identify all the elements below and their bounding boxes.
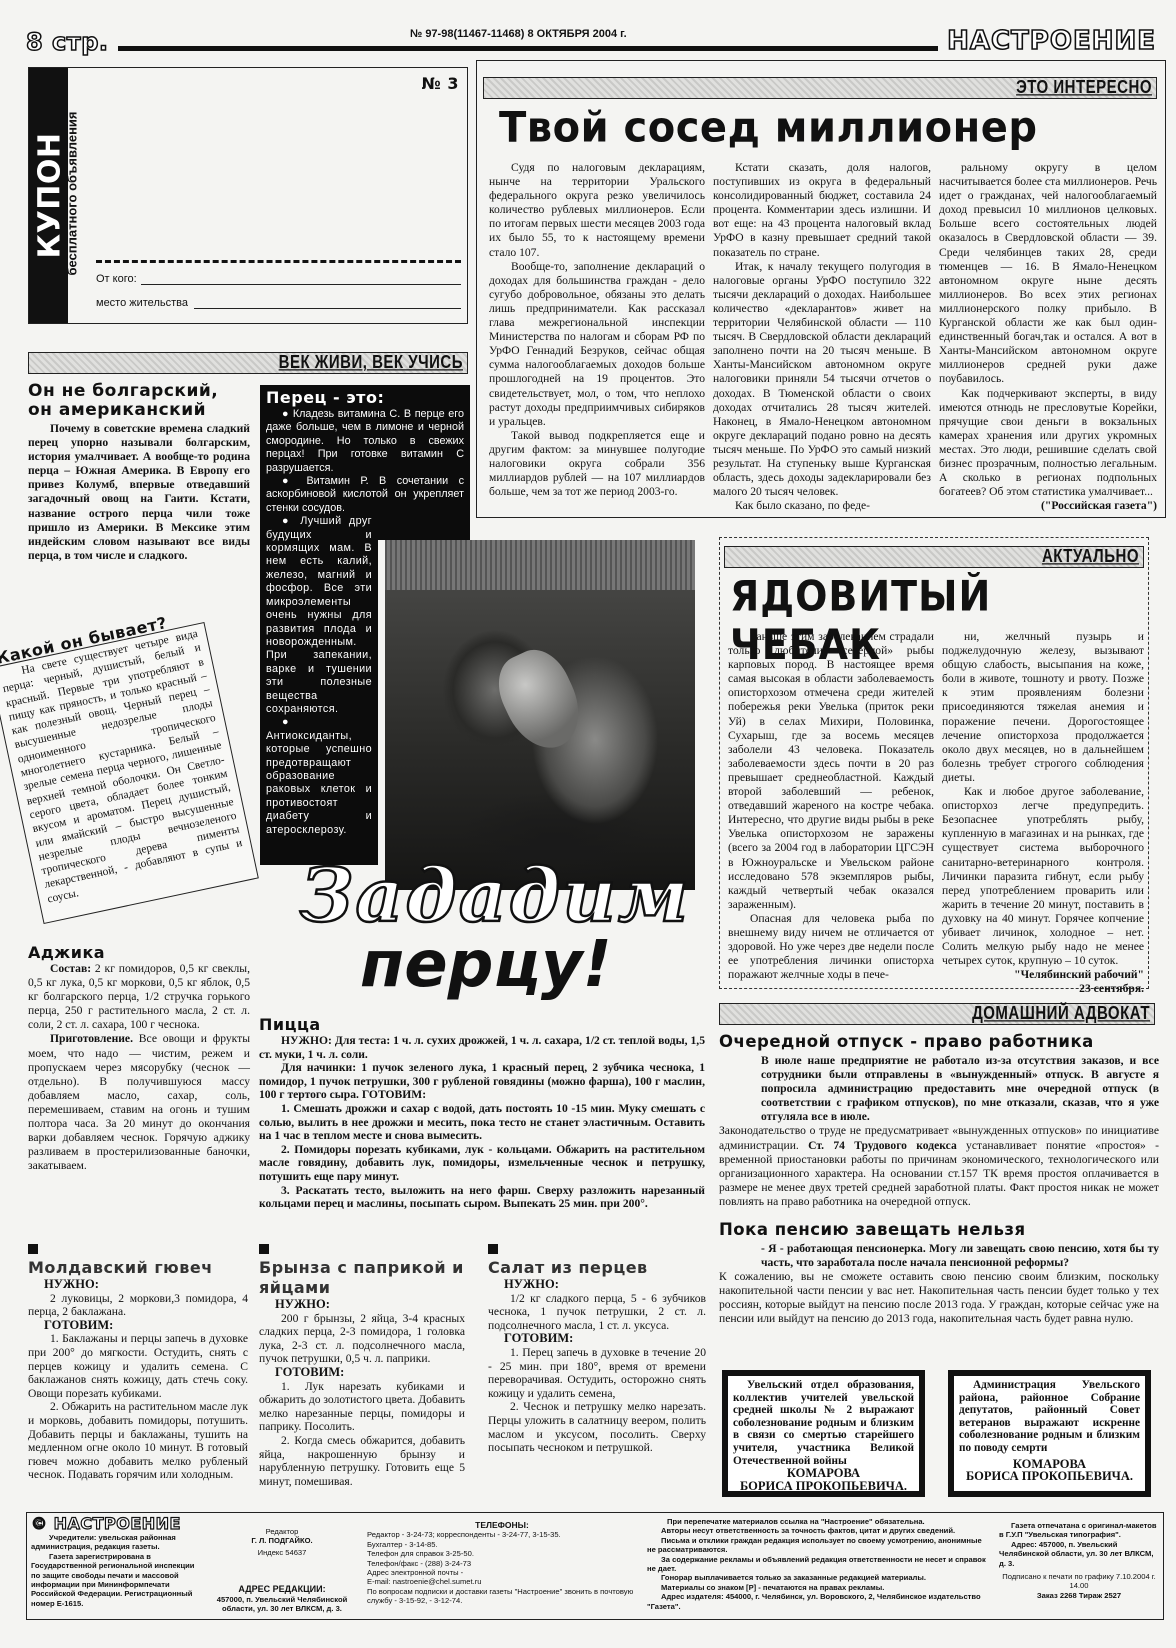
q2-question: - Я - работающая пенсионерка. Могу ли за…	[719, 1242, 1159, 1270]
q1-title: Очередной отпуск - право работника	[719, 1032, 1159, 1052]
page-number: 8 стр.	[26, 28, 109, 56]
chebak-col-2: ни, желчный пузырь и поджелудочную желез…	[942, 630, 1144, 996]
brynza-title: Брынза с паприкой и яйцами	[259, 1258, 465, 1298]
residence-label: место жительства	[96, 297, 188, 309]
origin-title: Он не болгарский, он американский	[28, 382, 250, 420]
article-title: Твой сосед миллионер	[499, 104, 1038, 152]
imprint-col-notes: При перепечатке материалов ссылка на "На…	[647, 1517, 987, 1611]
headline-line-1: Зададим	[300, 860, 700, 932]
lawyer-q1: Очередной отпуск - право работника В июл…	[719, 1032, 1159, 1209]
article-col-2: Кстати сказать, доля налогов, поступивши…	[713, 161, 931, 513]
article-source: ("Российская газета")	[939, 499, 1157, 513]
imprint-col-phones: ТЕЛЕФОНЫ: Редактор - 3-24-73; корреспонд…	[367, 1521, 637, 1606]
paper-name: НАСТРОЕНИЕ	[947, 26, 1156, 56]
box-what-kind: Какой он бывает? На свете существует чет…	[0, 622, 259, 924]
fact-item: ● Витамин Р. В сочетании с аскорбиновой …	[266, 475, 464, 515]
chebak-source: "Челябинский рабочий" 23 сентября.	[942, 968, 1144, 996]
chebak-col-1: Раньше этим заболеванием страдали только…	[728, 630, 934, 982]
coupon-cut-line	[96, 260, 461, 263]
q1-question: В июле наше предприятие не работало из-з…	[719, 1054, 1159, 1124]
imprint: © НАСТРОЕНИЕ Учредители: увельская район…	[26, 1512, 1164, 1620]
rubric-interesting: ЭТО ИНТЕРЕСНО	[483, 77, 1157, 99]
coupon-subtitle: бесплатного объявления	[65, 99, 80, 289]
article-col-3: ральному округу в целом насчитывается бо…	[939, 161, 1157, 513]
obituary-1: Увельский отдел образования, коллектив у…	[722, 1370, 925, 1497]
article-col-1: Судя по налоговым декларациям, нынче на …	[489, 161, 705, 499]
issue-info: № 97-98(11467-11468) 8 ОКТЯБРЯ 2004 г.	[406, 28, 631, 40]
headline-line-2: перцу!	[360, 932, 700, 998]
q2-answer: К сожалению, вы не сможете оставить свою…	[719, 1270, 1159, 1326]
recipe-brynza: Брынза с паприкой и яйцами НУЖНО: 200 г …	[259, 1244, 465, 1488]
fact-item: ● Антиоксиданты, которые успешно предотв…	[266, 716, 372, 837]
coupon-title: КУПОН	[33, 131, 68, 261]
imprint-col-editor: Редактор Г. Л. ПОДГАЙКО. Индекс 54637 АД…	[207, 1527, 357, 1613]
rubric-live-learn: ВЕК ЖИВИ, ВЕК УЧИСЬ	[28, 352, 468, 374]
from-label: От кого:	[96, 273, 137, 285]
from-field[interactable]: От кого:	[96, 273, 461, 285]
what-kind-text: На свете существует четыре вида перца: ч…	[0, 627, 247, 907]
lawyer-q2: Пока пенсию завещать нельзя - Я - работа…	[719, 1220, 1159, 1327]
residence-field[interactable]: место жительства	[96, 297, 461, 309]
square-bullet-icon	[488, 1244, 498, 1254]
coupon-box: КУПОН бесплатного объявления № 3 От кого…	[28, 67, 468, 324]
coupon-number: № 3	[422, 74, 459, 93]
imprint-col-founders: © НАСТРОЕНИЕ Учредители: увельская район…	[31, 1515, 199, 1608]
pepper-plant-photo	[385, 540, 695, 890]
article-chebak: АКТУАЛЬНО ЯДОВИТЫЙ ЧЕБАК Раньше этим заб…	[719, 537, 1149, 989]
recipe-guvech: Молдавский гювеч НУЖНО: 2 луковицы, 2 мо…	[28, 1244, 248, 1482]
q1-answer: Законодательство о труде не предусматрив…	[719, 1124, 1159, 1209]
article-millionaire: ЭТО ИНТЕРЕСНО Твой сосед миллионер Судя …	[476, 60, 1166, 518]
pepper-facts-title: Перец - это:	[266, 388, 464, 408]
rubric-home-lawyer: ДОМАШНИЙ АДВОКАТ	[719, 1003, 1155, 1025]
pepper-fruit-shape	[487, 640, 593, 760]
obituary-2: Администрация Увельского района, районно…	[948, 1370, 1151, 1497]
guvech-title: Молдавский гювеч	[28, 1258, 248, 1278]
square-bullet-icon	[259, 1244, 269, 1254]
imprint-logo: © НАСТРОЕНИЕ	[31, 1515, 199, 1533]
fact-item: ● Кладезь витамина С. В перце его даже б…	[266, 408, 464, 475]
recipe-pizza: Пицца НУЖНО: Для теста: 1 ч. л. сухих др…	[259, 1016, 705, 1211]
salad-title: Салат из перцев	[488, 1258, 706, 1278]
square-bullet-icon	[28, 1244, 38, 1254]
recipe-salad: Салат из перцев НУЖНО: 1/2 кг сладкого п…	[488, 1244, 706, 1455]
fact-item: ● Лучший друг будущих и кормящих мам. В …	[266, 515, 372, 716]
page-header: 8 стр. № 97-98(11467-11468) 8 ОКТЯБРЯ 20…	[26, 26, 1156, 60]
recipe-adjika: Аджика Состав: 2 кг помидоров, 0,5 кг св…	[28, 944, 250, 1173]
adjika-title: Аджика	[28, 944, 250, 962]
pizza-title: Пицца	[259, 1016, 705, 1034]
imprint-col-printer: Газета отпечатана с оригинал-макетов в Г…	[999, 1521, 1159, 1600]
header-rule	[118, 46, 938, 51]
pepper-headline: Зададим перцу!	[300, 860, 700, 998]
rubric-actual: АКТУАЛЬНО	[724, 546, 1144, 568]
article-pepper-origin: Он не болгарский, он американский Почему…	[28, 382, 250, 563]
q2-title: Пока пенсию завещать нельзя	[719, 1220, 1159, 1240]
origin-text: Почему в советские времена сладкий перец…	[28, 422, 250, 563]
